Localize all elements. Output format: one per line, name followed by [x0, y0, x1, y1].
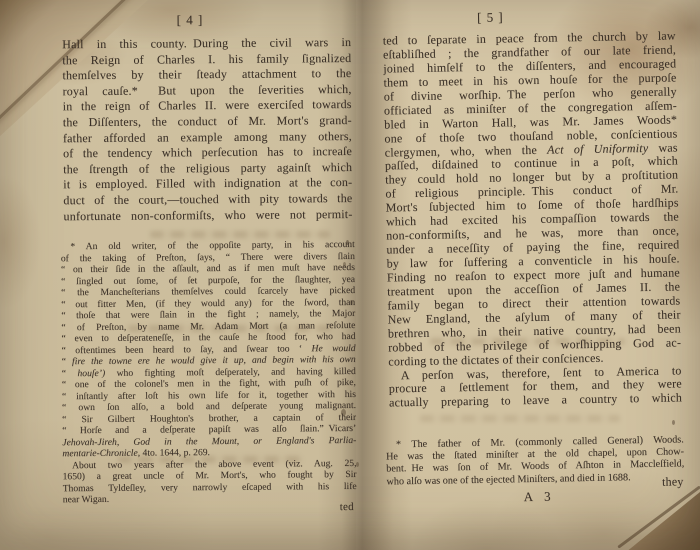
page-right-text-block: [ 5 ] ted to ſeparate in peace from the …: [354, 0, 700, 550]
page-left-catchword: ted: [66, 501, 354, 515]
page-right-folio: [ 5 ]: [344, 7, 636, 28]
page-right-body-text: ted to ſeparate in peace from the church…: [383, 29, 683, 410]
page-left-folio: [ 4 ]: [46, 11, 334, 29]
page-left-body-text: Hall in this county. During the civil wa…: [62, 35, 352, 224]
page-left-footnote: * An old writer, of the oppoſite party, …: [61, 239, 357, 506]
book-spread-photo: [ 4 ] Hall in this county. During the ci…: [0, 0, 700, 550]
